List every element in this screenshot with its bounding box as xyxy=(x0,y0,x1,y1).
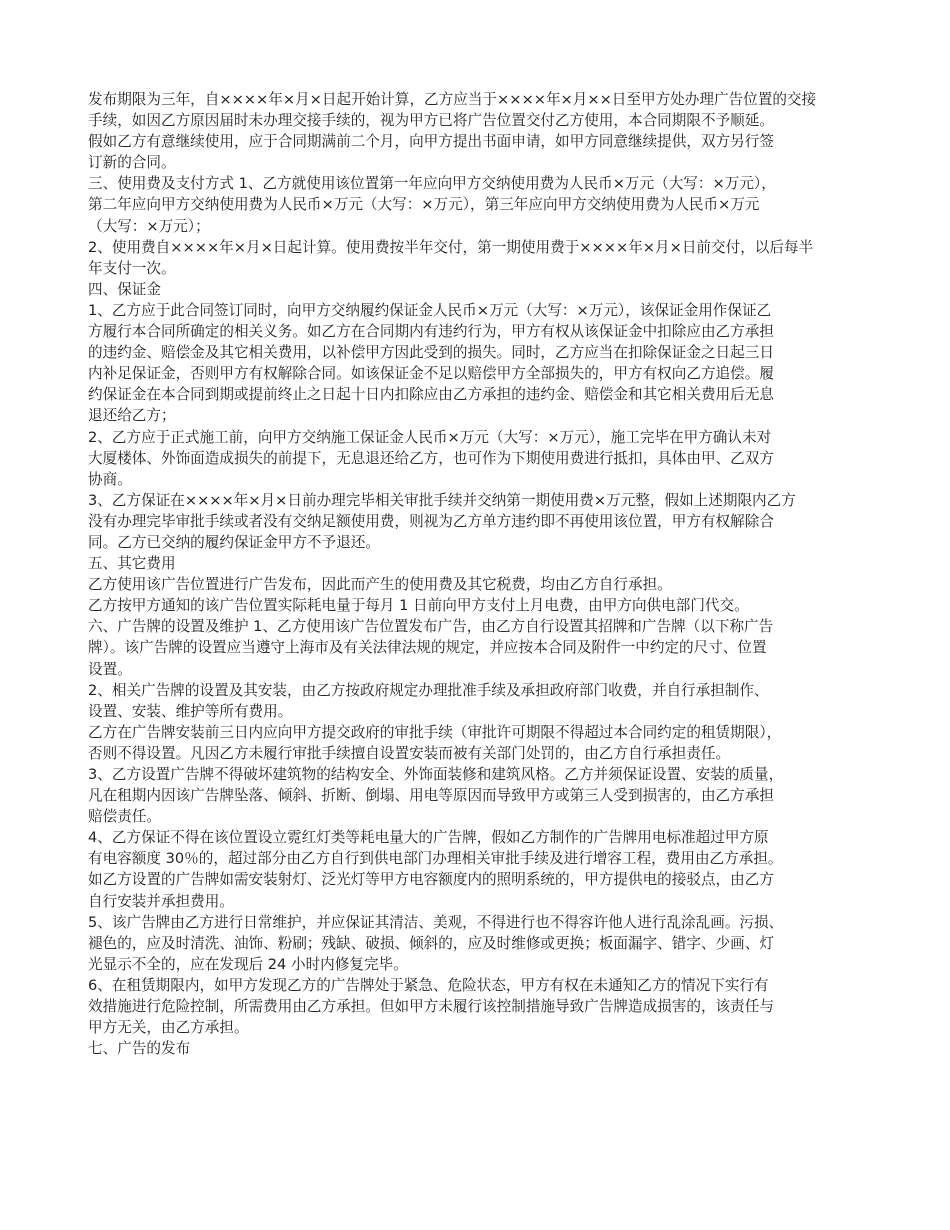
paragraph-section-4-item-1: 1、乙方应于此合同签订同时，向甲方交纳履约保证金人民币×万元（大写：×万元），该… xyxy=(88,300,868,427)
text-line: 乙方按甲方通知的该广告位置实际耗电量于每月 1 日前向甲方支付上月电费，由甲方向… xyxy=(88,595,868,616)
paragraph-section-6-item-2: 2、相关广告牌的设置及其安装，由乙方按政府规定办理批准手续及承担政府部门收费，并… xyxy=(88,680,868,722)
text-line: 3、乙方设置广告牌不得破坏建筑物的结构安全、外饰面装修和建筑风格。乙方并须保证设… xyxy=(88,764,868,785)
text-line: 内补足保证金，否则甲方有权解除合同。如该保证金不足以赔偿甲方全部损失的，甲方有权… xyxy=(88,363,868,384)
text-line: 同。乙方已交纳的履约保证金甲方不予退还。 xyxy=(88,532,868,553)
text-line: 甲方无关，由乙方承担。 xyxy=(88,1017,868,1038)
paragraph-section-6-item-6: 6、在租赁期限内，如甲方发现乙方的广告牌处于紧急、危险状态，甲方有权在未通知乙方… xyxy=(88,975,868,1038)
paragraph-section-5-para-2: 乙方按甲方通知的该广告位置实际耗电量于每月 1 日前向甲方支付上月电费，由甲方向… xyxy=(88,595,868,616)
text-line: 大厦楼体、外饰面造成损失的前提下，无息退还给乙方，也可作为下期使用费进行抵扣，具… xyxy=(88,448,868,469)
text-line: 退还给乙方； xyxy=(88,405,868,426)
text-line: 1、乙方应于此合同签订同时，向甲方交纳履约保证金人民币×万元（大写：×万元），该… xyxy=(88,300,868,321)
section-4-heading: 四、保证金 xyxy=(88,279,868,300)
text-line: 有电容额度 30％的，超过部分由乙方自行到供电部门办理相关审批手续及进行增容工程… xyxy=(88,848,868,869)
paragraph-section-4-item-2: 2、乙方应于正式施工前，向甲方交纳施工保证金人民币×万元（大写：×万元），施工完… xyxy=(88,427,868,490)
text-line: 自行安装并承担费用。 xyxy=(88,891,868,912)
text-line: 光显示不全的，应在发现后 24 小时内修复完毕。 xyxy=(88,954,868,975)
text-line: 3、乙方保证在××××年×月×日前办理完毕相关审批手续并交纳第一期使用费×万元整… xyxy=(88,490,868,511)
text-line: 方履行本合同所确定的相关义务。如乙方在合同期内有违约行为，甲方有权从该保证金中扣… xyxy=(88,321,868,342)
paragraph-section-3-item-1: 三、使用费及支付方式 1、乙方就使用该位置第一年应向甲方交纳使用费为人民币×万元… xyxy=(88,173,868,236)
text-line: 赔偿责任。 xyxy=(88,806,868,827)
text-line: 2、相关广告牌的设置及其安装，由乙方按政府规定办理批准手续及承担政府部门收费，并… xyxy=(88,680,868,701)
text-line: 褪色的，应及时清洗、油饰、粉刷；残缺、破损、倾斜的，应及时维修或更换；板面漏字、… xyxy=(88,933,868,954)
text-line: 凡在租期内因该广告牌坠落、倾斜、折断、倒塌、用电等原因而导致甲方或第三人受到损害… xyxy=(88,785,868,806)
text-line: 第二年应向甲方交纳使用费为人民币×万元（大写：×万元），第三年应向甲方交纳使用费… xyxy=(88,194,868,215)
text-line: 4、乙方保证不得在该位置设立霓红灯类等耗电量大的广告牌，假如乙方制作的广告牌用电… xyxy=(88,827,868,848)
text-line: 否则不得设置。凡因乙方未履行审批手续擅自设置安装而被有关部门处罚的，由乙方自行承… xyxy=(88,743,868,764)
text-line: 2、使用费自××××年×月×日起计算。使用费按半年交付，第一期使用费于××××年… xyxy=(88,237,868,258)
text-line: 设置、安装、维护等所有费用。 xyxy=(88,701,868,722)
contract-document: 发布期限为三年，自××××年×月×日起开始计算，乙方应当于××××年×月××日至… xyxy=(88,89,868,1059)
text-line: 协商。 xyxy=(88,469,868,490)
section-5-heading: 五、其它费用 xyxy=(88,553,868,574)
paragraph-section-5-para-1: 乙方使用该广告位置进行广告发布，因此而产生的使用费及其它税费，均由乙方自行承担。 xyxy=(88,574,868,595)
paragraph-section-6-item-4: 4、乙方保证不得在该位置设立霓红灯类等耗电量大的广告牌，假如乙方制作的广告牌用电… xyxy=(88,827,868,911)
text-line: 乙方使用该广告位置进行广告发布，因此而产生的使用费及其它税费，均由乙方自行承担。 xyxy=(88,574,868,595)
text-line: 发布期限为三年，自××××年×月×日起开始计算，乙方应当于××××年×月××日至… xyxy=(88,89,868,110)
text-line: 乙方在广告牌安装前三日内应向甲方提交政府的审批手续（审批许可期限不得超过本合同约… xyxy=(88,722,868,743)
text-line: 约保证金在本合同到期或提前终止之日起十日内扣除应由乙方承担的违约金、赔偿金和其它… xyxy=(88,384,868,405)
text-line: 如乙方设置的广告牌如需安装射灯、泛光灯等甲方电容额度内的照明系统的，甲方提供电的… xyxy=(88,869,868,890)
paragraph-term-clause: 发布期限为三年，自××××年×月×日起开始计算，乙方应当于××××年×月××日至… xyxy=(88,89,868,173)
text-line: 年支付一次。 xyxy=(88,258,868,279)
text-line: 手续，如因乙方原因届时未办理交接手续的，视为甲方已将广告位置交付乙方使用，本合同… xyxy=(88,110,868,131)
section-heading: 七、广告的发布 xyxy=(88,1038,868,1059)
text-line: 假如乙方有意继续使用，应于合同期满前二个月，向甲方提出书面申请，如甲方同意继续提… xyxy=(88,131,868,152)
section-7-heading: 七、广告的发布 xyxy=(88,1038,868,1059)
text-line: 2、乙方应于正式施工前，向甲方交纳施工保证金人民币×万元（大写：×万元），施工完… xyxy=(88,427,868,448)
text-line: 效措施进行危险控制，所需费用由乙方承担。但如甲方未履行该控制措施导致广告牌造成损… xyxy=(88,996,868,1017)
text-line: 设置。 xyxy=(88,659,868,680)
paragraph-section-6-item-5: 5、该广告牌由乙方进行日常维护，并应保证其清洁、美观，不得进行也不得容许他人进行… xyxy=(88,912,868,975)
text-line: 5、该广告牌由乙方进行日常维护，并应保证其清洁、美观，不得进行也不得容许他人进行… xyxy=(88,912,868,933)
section-heading: 四、保证金 xyxy=(88,279,868,300)
section-heading-line: 六、广告牌的设置及维护 1、乙方使用该广告位置发布广告，由乙方自行设置其招牌和广… xyxy=(88,616,868,637)
text-line: 订新的合同。 xyxy=(88,152,868,173)
paragraph-section-4-item-3: 3、乙方保证在××××年×月×日前办理完毕相关审批手续并交纳第一期使用费×万元整… xyxy=(88,490,868,553)
text-line: 牌）。该广告牌的设置应当遵守上海市及有关法律法规的规定，并应按本合同及附件一中约… xyxy=(88,637,868,658)
paragraph-section-6-item-2-cont: 乙方在广告牌安装前三日内应向甲方提交政府的审批手续（审批许可期限不得超过本合同约… xyxy=(88,722,868,764)
section-heading-line: 三、使用费及支付方式 1、乙方就使用该位置第一年应向甲方交纳使用费为人民币×万元… xyxy=(88,173,868,194)
paragraph-section-3-item-2: 2、使用费自××××年×月×日起计算。使用费按半年交付，第一期使用费于××××年… xyxy=(88,237,868,279)
section-heading: 五、其它费用 xyxy=(88,553,868,574)
text-line: 没有办理完毕审批手续或者没有交纳足额使用费，则视为乙方单方违约即不再使用该位置，… xyxy=(88,511,868,532)
text-line: 的违约金、赔偿金及其它相关费用，以补偿甲方因此受到的损失。同时，乙方应当在扣除保… xyxy=(88,342,868,363)
paragraph-section-6-item-3: 3、乙方设置广告牌不得破坏建筑物的结构安全、外饰面装修和建筑风格。乙方并须保证设… xyxy=(88,764,868,827)
text-line: （大写：×万元）； xyxy=(88,216,868,237)
text-line: 6、在租赁期限内，如甲方发现乙方的广告牌处于紧急、危险状态，甲方有权在未通知乙方… xyxy=(88,975,868,996)
paragraph-section-6-item-1: 六、广告牌的设置及维护 1、乙方使用该广告位置发布广告，由乙方自行设置其招牌和广… xyxy=(88,616,868,679)
